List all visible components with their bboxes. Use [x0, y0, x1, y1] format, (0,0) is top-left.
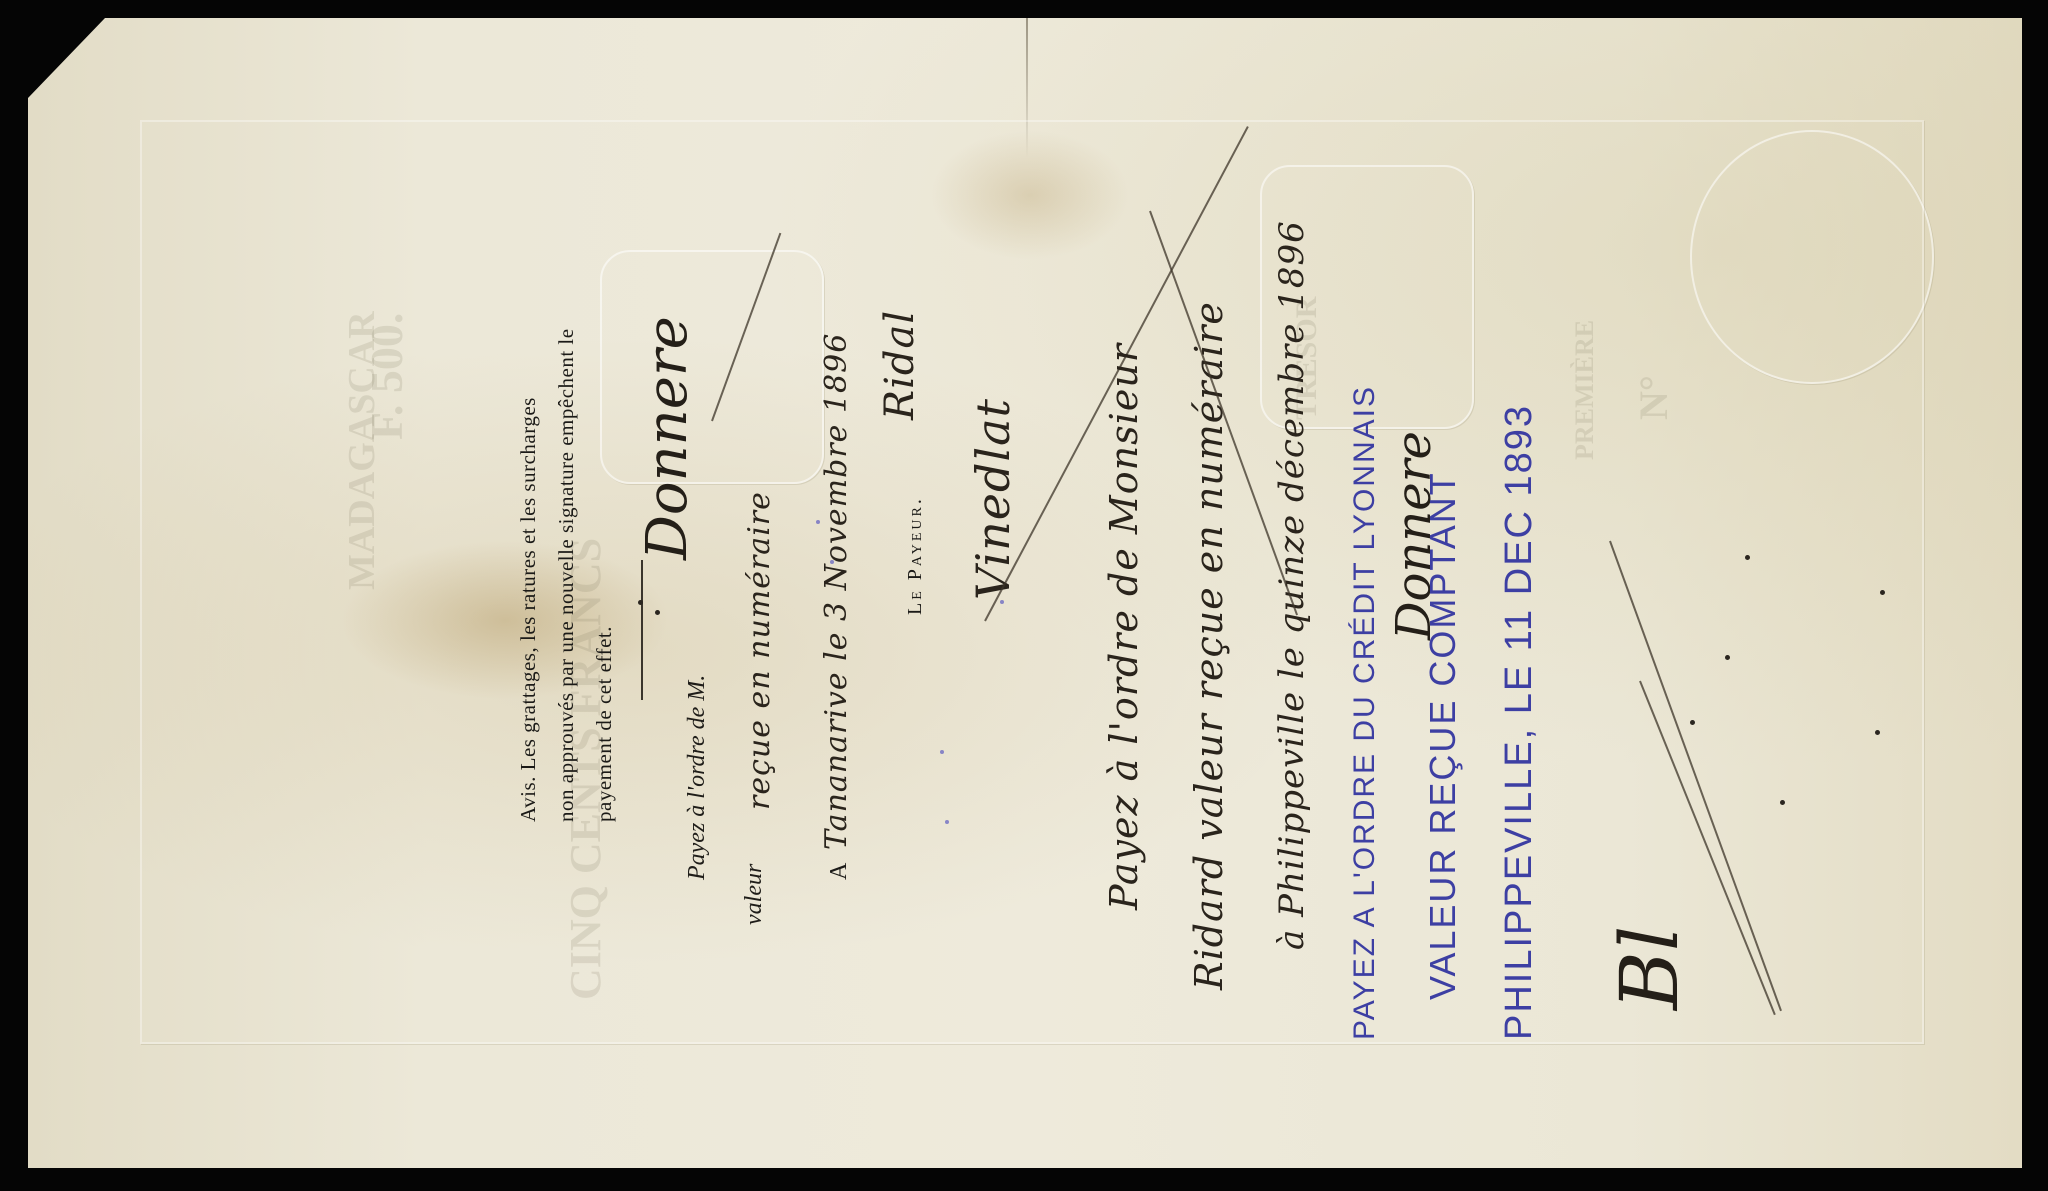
ink-speck: [1690, 720, 1695, 725]
payer-signature: Ridal: [880, 310, 920, 420]
payee-name: Donnere: [640, 316, 696, 560]
ornamental-border: [140, 120, 1924, 1044]
endorsement-line-1: Payez à l'ordre de Monsieur: [1105, 343, 1143, 910]
stamp-line-1: PAYEZ A L'ORDRE DU CRÉDIT LYONNAIS: [1350, 385, 1380, 1040]
ghost-number-label: N°: [1630, 375, 1677, 420]
ink-speck: [655, 610, 660, 615]
stamp-speck: [816, 520, 820, 524]
ink-speck: [1780, 800, 1785, 805]
endorsement-line-3: à Philippeville le quinze décembre 1896: [1275, 220, 1309, 950]
stamp-speck: [830, 560, 834, 564]
stamp-speck: [1000, 600, 1004, 604]
place-prefix: A: [827, 862, 851, 880]
pay-to-label: Payez à l'ordre de M.: [685, 675, 709, 880]
final-signature: Bl: [1610, 926, 1690, 1010]
endorsement-line-2: Ridard valeur reçue en numéraire: [1190, 301, 1228, 990]
separator-rule: [641, 560, 643, 700]
notice-line-1: Avis. Les grattages, les ratures et les …: [518, 397, 539, 822]
payer-label: Le Payeur.: [905, 496, 925, 615]
stamp-line-2: VALEUR REÇUE COMPTANT: [1425, 471, 1461, 1000]
ghost-country: MADAGASCAR: [340, 311, 384, 590]
value-text: reçue en numéraire: [745, 491, 775, 810]
ink-speck: [1725, 655, 1730, 660]
notice-line-3: payement de cet effet.: [594, 626, 615, 822]
stamp-speck: [940, 750, 944, 754]
ink-speck: [1875, 730, 1880, 735]
value-label: valeur: [742, 864, 766, 925]
ink-speck: [1745, 555, 1750, 560]
second-signature: Vinedlat: [970, 398, 1016, 600]
ink-speck: [1880, 590, 1885, 595]
notice-line-2: non approuvés par une nouvelle signature…: [556, 328, 577, 822]
stamp-speck: [945, 820, 949, 824]
ink-speck: [638, 600, 643, 605]
stamp-line-3: PHILIPPEVILLE, LE 11 DEC 1893: [1500, 404, 1538, 1040]
place-date: Tananarive le 3 Novembre 1896: [822, 333, 852, 850]
ghost-copy-label: PREMIÈRE: [1570, 320, 1600, 460]
